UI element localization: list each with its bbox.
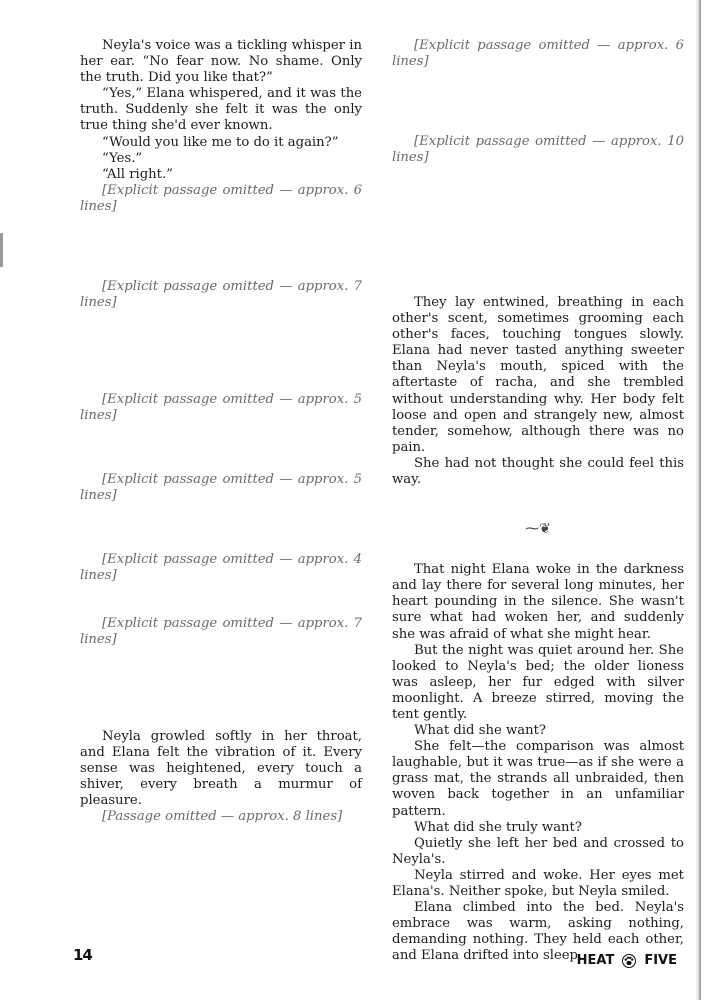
left-text-column: Neyla's voice was a tickling whisper in … <box>80 38 362 938</box>
paragraph: Neyla growled softly in her throat, and … <box>80 729 362 809</box>
omitted-paragraph: [Explicit passage omitted — approx. 5 li… <box>80 392 362 472</box>
omitted-paragraph: [Explicit passage omitted — approx. 7 li… <box>80 279 362 392</box>
running-footer: HEAT FIVE <box>577 953 677 968</box>
paragraph: “Yes.” <box>80 151 362 167</box>
paragraph: Neyla stirred and woke. Her eyes met Ela… <box>392 868 684 900</box>
omitted-paragraph: [Explicit passage omitted — approx. 7 li… <box>80 616 362 729</box>
page-number: 14 <box>73 946 92 964</box>
paragraph: Neyla's voice was a tickling whisper in … <box>80 38 362 86</box>
binding-shadow <box>0 233 3 267</box>
scene-break-ornament: ⁓❦ <box>392 504 684 554</box>
paragraph: She had not thought she could feel this … <box>392 456 684 488</box>
omitted-paragraph: [Explicit passage omitted — approx. 6 li… <box>80 183 362 279</box>
footer-title-right: FIVE <box>644 953 677 968</box>
paragraph: She felt—the comparison was almost laugh… <box>392 739 684 819</box>
omitted-paragraph: [Explicit passage omitted — approx. 4 li… <box>80 552 362 616</box>
paragraph: They lay entwined, breathing in each oth… <box>392 295 684 456</box>
paragraph: “All right.” <box>80 167 362 183</box>
omitted-paragraph: [Passage omitted — approx. 8 lines] <box>80 809 362 938</box>
right-text-column: [Explicit passage omitted — approx. 6 li… <box>392 38 684 964</box>
omitted-paragraph: [Explicit passage omitted — approx. 10 l… <box>392 134 684 295</box>
footer-title-left: HEAT <box>577 953 615 968</box>
paragraph: That night Elana woke in the darkness an… <box>392 562 684 642</box>
paragraph: What did she truly want? <box>392 820 684 836</box>
omitted-paragraph: [Explicit passage omitted — approx. 5 li… <box>80 472 362 552</box>
omitted-paragraph: [Explicit passage omitted — approx. 6 li… <box>392 38 684 134</box>
paragraph: But the night was quiet around her. She … <box>392 643 684 723</box>
paragraph: What did she want? <box>392 723 684 739</box>
paragraph: Quietly she left her bed and crossed to … <box>392 836 684 868</box>
paw-print-icon <box>622 954 636 968</box>
paragraph: “Would you like me to do it again?” <box>80 135 362 151</box>
paragraph: “Yes,” Elana whispered, and it was the t… <box>80 86 362 134</box>
page-edge-shadow <box>695 0 701 1000</box>
